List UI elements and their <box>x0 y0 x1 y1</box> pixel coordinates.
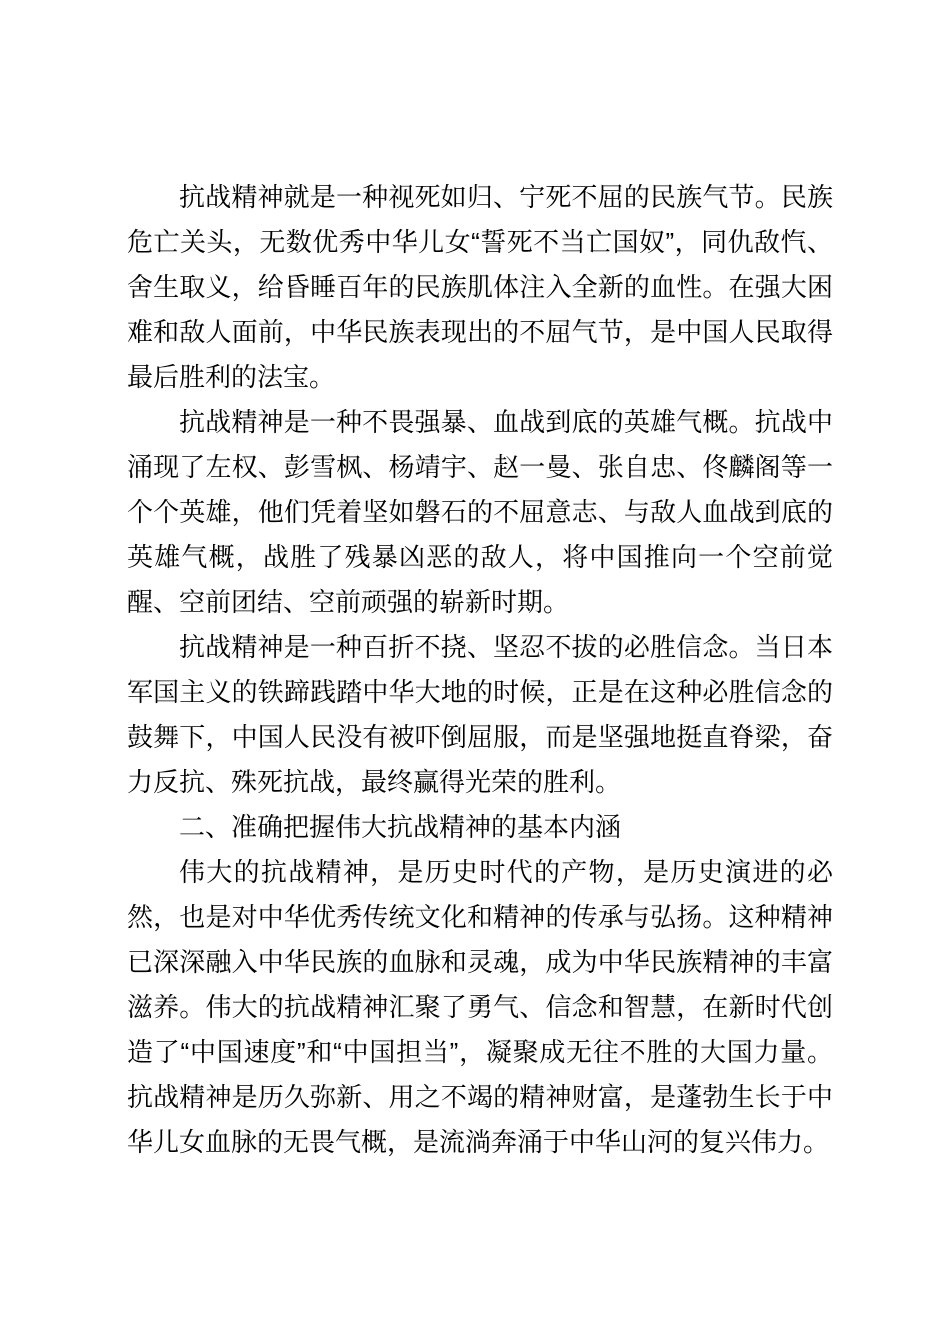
paragraph-basic-connotation: 伟大的抗战精神，是历史时代的产物，是历史演进的必然，也是对中华优秀传统文化和精神… <box>127 850 833 1165</box>
section-heading: 二、准确把握伟大抗战精神的基本内涵 <box>127 805 833 850</box>
document-page: 抗战精神就是一种视死如归、宁死不屈的民族气节。民族危亡关头，无数优秀中华儿女“誓… <box>0 0 950 1344</box>
paragraph-national-integrity: 抗战精神就是一种视死如归、宁死不屈的民族气节。民族危亡关头，无数优秀中华儿女“誓… <box>127 175 833 400</box>
paragraph-victory-belief: 抗战精神是一种百折不挠、坚忍不拔的必胜信念。当日本军国主义的铁蹄践踏中华大地的时… <box>127 625 833 805</box>
document-content: 抗战精神就是一种视死如归、宁死不屈的民族气节。民族危亡关头，无数优秀中华儿女“誓… <box>127 175 833 1165</box>
paragraph-heroic-spirit: 抗战精神是一种不畏强暴、血战到底的英雄气概。抗战中涌现了左权、彭雪枫、杨靖宇、赵… <box>127 400 833 625</box>
